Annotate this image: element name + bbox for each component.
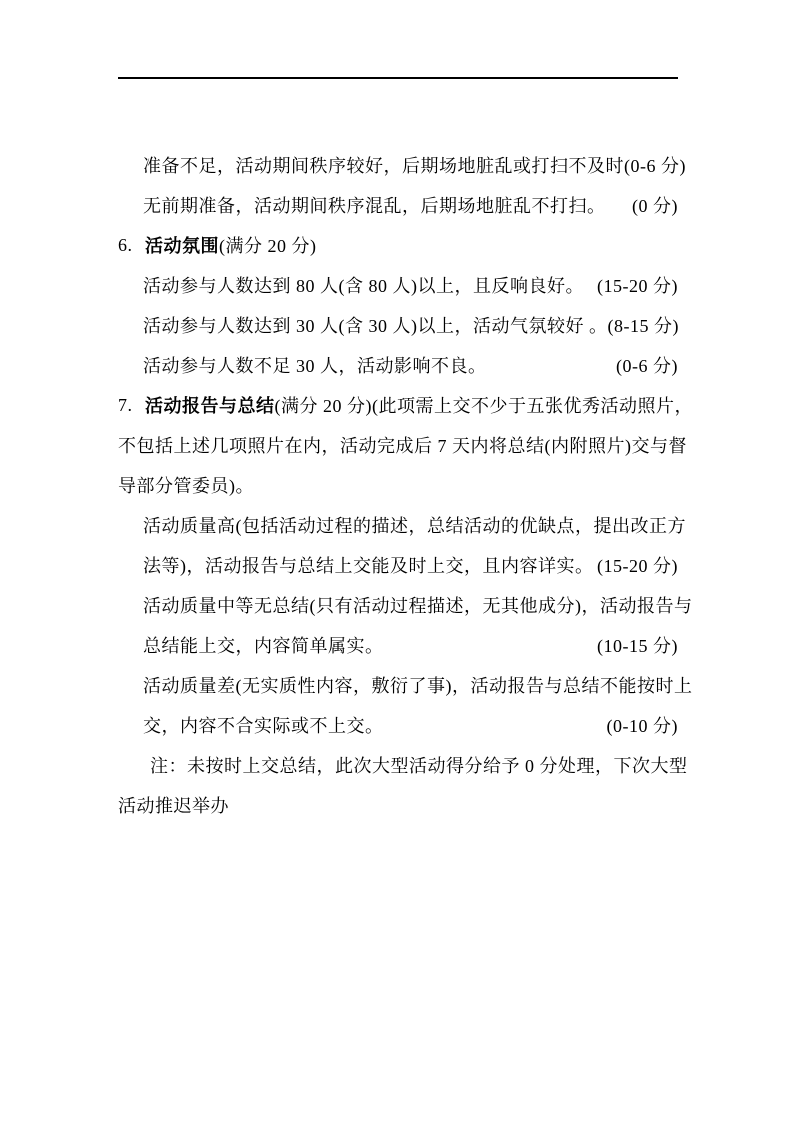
text-line: 无前期准备，活动期间秩序混乱，后期场地脏乱不打扫。 (0 分): [118, 185, 678, 225]
text-line: 不包括上述几项照片在内，活动完成后 7 天内将总结(内附照片)交与督: [118, 425, 678, 465]
heading-content: 7. 活动报告与总结 (满分 20 分)(此项需上交不少于五张优秀活动照片，: [118, 392, 693, 418]
line-text: 活动参与人数达到 30 人(含 30 人)以上，活动气氛较好 。: [143, 312, 608, 338]
score-value: (8-15 分): [608, 312, 679, 338]
header-rule-line: [118, 77, 678, 79]
text-line: 活动质量中等无总结(只有活动过程描述，无其他成分)，活动报告与: [118, 585, 678, 625]
text-line: 活动参与人数达到 80 人(含 80 人)以上，且反响良好。 (15-20 分): [118, 265, 678, 305]
item-title-rest: (满分 20 分)(此项需上交不少于五张优秀活动照片，: [275, 392, 693, 418]
line-text: 交，内容不合实际或不上交。: [143, 712, 384, 738]
line-text: 活动质量高(包括活动过程的描述，总结活动的优缺点，提出改正方: [143, 512, 686, 538]
note-line: 注：未按时上交总结，此次大型活动得分给予 0 分处理，下次大型: [118, 745, 678, 785]
line-text: 准备不足，活动期间秩序较好，后期场地脏乱或打扫不及时: [143, 152, 624, 178]
line-text: 活动推迟举办: [118, 792, 229, 818]
score-value: (0 分): [632, 192, 678, 218]
item-title-rest: (满分 20 分): [219, 232, 317, 258]
line-text: 总结能上交，内容简单属实。: [143, 632, 384, 658]
line-text: 活动参与人数达到 80 人(含 80 人)以上，且反响良好。: [143, 272, 584, 298]
document-text-block: 准备不足，活动期间秩序较好，后期场地脏乱或打扫不及时 (0-6 分) 无前期准备…: [118, 145, 678, 825]
text-line: 活动参与人数达到 30 人(含 30 人)以上，活动气氛较好 。 (8-15 分…: [118, 305, 678, 345]
score-value: (0-10 分): [607, 712, 678, 738]
item-title: 活动氛围: [145, 232, 219, 258]
text-line: 活动参与人数不足 30 人，活动影响不良。 (0-6 分): [118, 345, 678, 385]
item-number: 6.: [118, 235, 145, 256]
line-text: 法等)，活动报告与总结上交能及时上交，且内容详实。: [143, 552, 594, 578]
text-line: 活动质量高(包括活动过程的描述，总结活动的优缺点，提出改正方: [118, 505, 678, 545]
line-text: 活动质量差(无实质性内容，敷衍了事)，活动报告与总结不能按时上: [143, 672, 693, 698]
line-text: 活动质量中等无总结(只有活动过程描述，无其他成分)，活动报告与: [143, 592, 693, 618]
score-value: (10-15 分): [597, 632, 678, 658]
text-line: 导部分管委员)。: [118, 465, 678, 505]
score-value: (15-20 分): [597, 552, 678, 578]
text-line: 活动质量差(无实质性内容，敷衍了事)，活动报告与总结不能按时上: [118, 665, 678, 705]
section-heading: 7. 活动报告与总结 (满分 20 分)(此项需上交不少于五张优秀活动照片，: [118, 385, 678, 425]
line-text: 不包括上述几项照片在内，活动完成后 7 天内将总结(内附照片)交与督: [118, 432, 687, 458]
line-text: 活动参与人数不足 30 人，活动影响不良。: [143, 352, 487, 378]
score-value: (0-6 分): [616, 352, 678, 378]
heading-content: 6. 活动氛围 (满分 20 分): [118, 232, 317, 258]
text-line: 交，内容不合实际或不上交。 (0-10 分): [118, 705, 678, 745]
line-text: 导部分管委员)。: [118, 472, 254, 498]
line-text: 注：未按时上交总结，此次大型活动得分给予 0 分处理，下次大型: [150, 752, 688, 778]
text-line: 法等)，活动报告与总结上交能及时上交，且内容详实。 (15-20 分): [118, 545, 678, 585]
text-line: 总结能上交，内容简单属实。 (10-15 分): [118, 625, 678, 665]
score-value: (0-6 分): [624, 152, 686, 178]
item-number: 7.: [118, 395, 145, 416]
line-text: 无前期准备，活动期间秩序混乱，后期场地脏乱不打扫。: [143, 192, 606, 218]
text-line: 准备不足，活动期间秩序较好，后期场地脏乱或打扫不及时 (0-6 分): [118, 145, 678, 185]
document-page: { "page": { "background": "#ffffff", "te…: [0, 0, 793, 1122]
score-value: (15-20 分): [597, 272, 678, 298]
item-title: 活动报告与总结: [145, 392, 275, 418]
text-line: 活动推迟举办: [118, 785, 678, 825]
section-heading: 6. 活动氛围 (满分 20 分): [118, 225, 678, 265]
